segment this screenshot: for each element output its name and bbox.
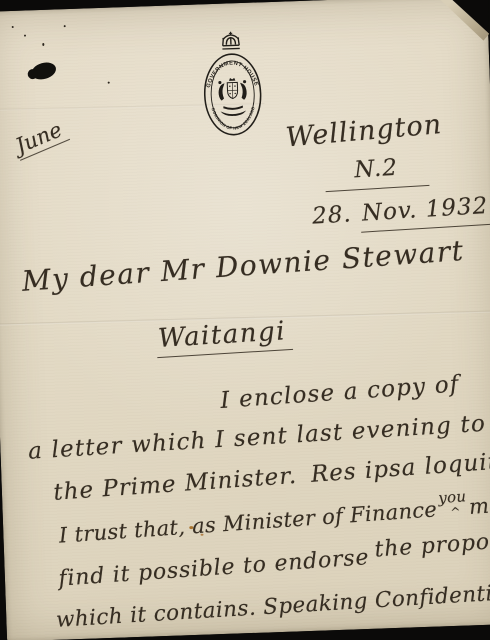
date-day: 28. xyxy=(311,201,352,229)
letter-paper: GOVERNMENT HOUSE DOMINION OF NEW ZEALAND… xyxy=(0,0,490,640)
heading-date: 28. Nov. 1932 xyxy=(311,193,490,230)
body-line-4-end: may xyxy=(468,492,490,519)
date-month-year: Nov. 1932 xyxy=(359,193,490,233)
latin-phrase: Res ipsa loquitur xyxy=(310,447,490,488)
body-line-3-text: the Prime Minister. xyxy=(53,463,298,506)
crown-icon xyxy=(222,31,240,49)
coat-of-arms-icon xyxy=(218,77,247,116)
ink-speck xyxy=(64,25,66,27)
ink-speck xyxy=(108,82,110,84)
letter-scan: GOVERNMENT HOUSE DOMINION OF NEW ZEALAND… xyxy=(0,0,490,640)
filing-annotation: June xyxy=(10,116,70,161)
subject-line: Waitangi xyxy=(155,316,293,358)
body-line-1: I enclose a copy of xyxy=(220,371,461,414)
punch-hole xyxy=(30,60,58,82)
heading-postal-district: N.2 xyxy=(324,153,429,192)
ink-speck xyxy=(42,43,44,46)
salutation: My dear Mr Downie Stewart xyxy=(21,234,466,298)
government-house-crest-icon: GOVERNMENT HOUSE DOMINION OF NEW ZEALAND xyxy=(184,29,281,140)
ink-speck xyxy=(12,26,14,28)
body-line-5-text: find it possible to endorse xyxy=(58,545,370,592)
inserted-word-wrap: you^ xyxy=(438,495,468,521)
heading-city: Wellington xyxy=(285,109,444,154)
ink-speck xyxy=(24,35,26,37)
caret-mark: ^ xyxy=(450,505,461,520)
raised-phrase: the proposals xyxy=(374,526,490,562)
